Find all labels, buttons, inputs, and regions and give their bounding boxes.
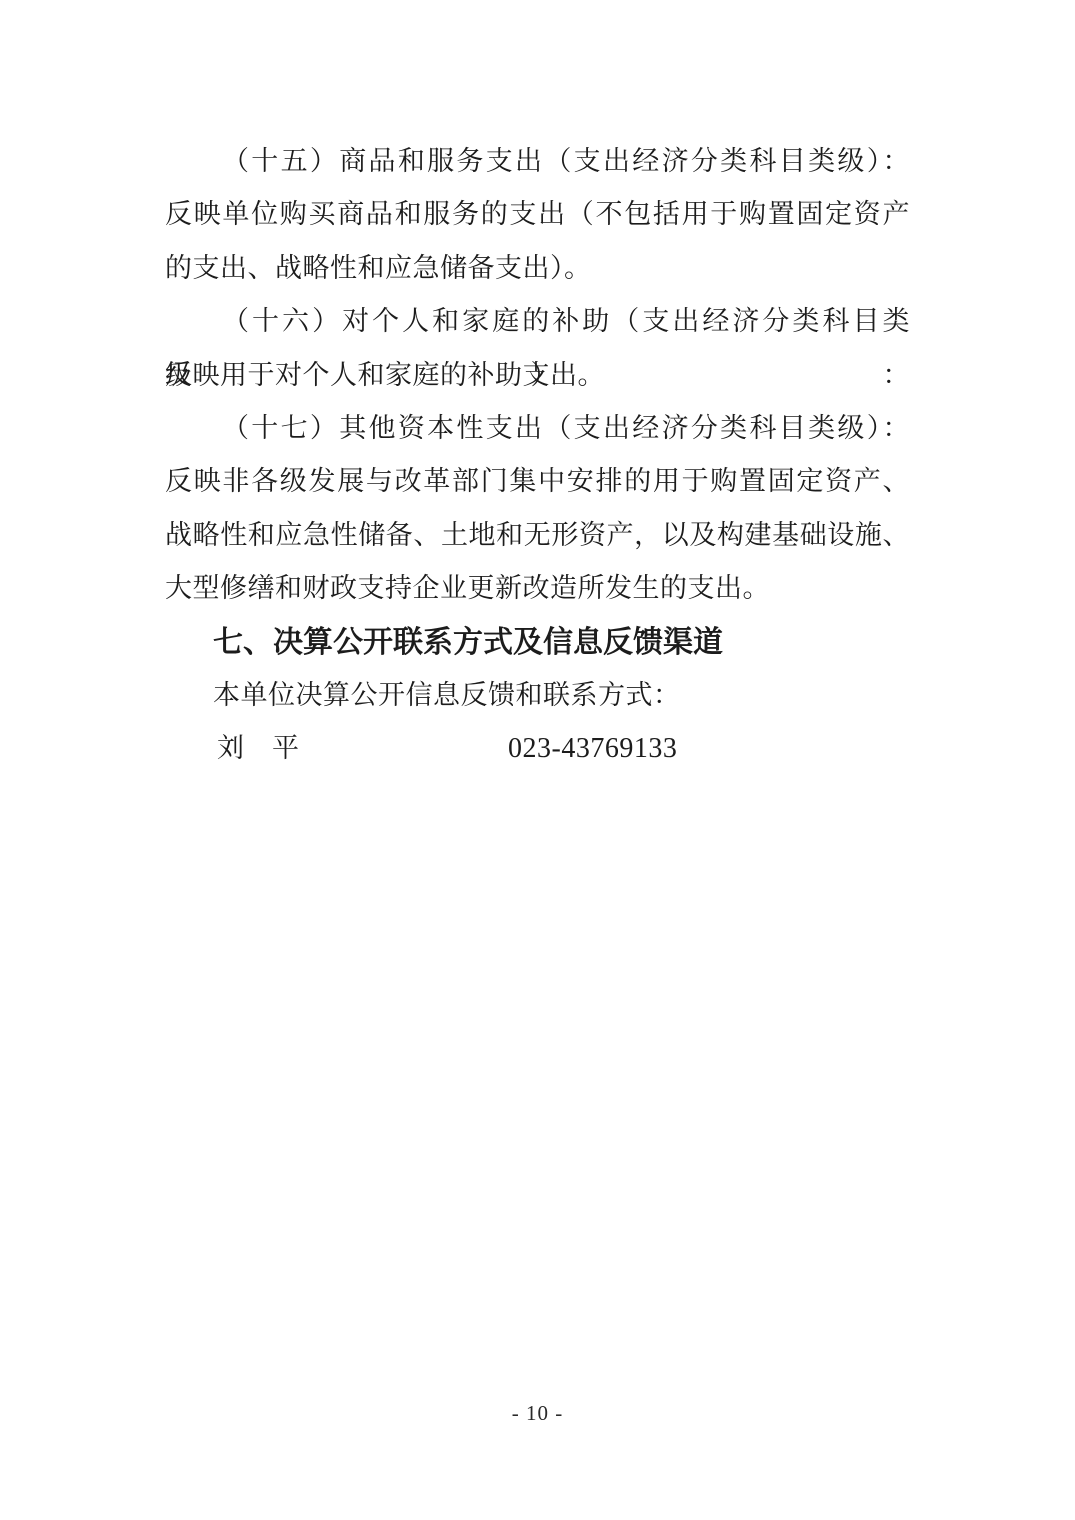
- paragraph-line: 的支出、战略性和应急储备支出）。: [165, 242, 910, 295]
- paragraph-line: （十七）其他资本性支出（支出经济分类科目类级）：: [165, 402, 910, 455]
- paragraph-line: 反映非各级发展与改革部门集中安排的用于购置固定资产、: [165, 455, 910, 508]
- paragraph-line: （十五）商品和服务支出（支出经济分类科目类级）：: [165, 135, 910, 188]
- document-page: （十五）商品和服务支出（支出经济分类科目类级）： 反映单位购买商品和服务的支出（…: [0, 0, 1075, 1520]
- contact-intro-line: 本单位决算公开信息反馈和联系方式：: [165, 669, 910, 722]
- contact-phone: 023-43769133: [508, 722, 677, 775]
- contact-name: 刘 平: [217, 733, 300, 763]
- contact-row: 刘 平 023-43769133: [165, 722, 910, 775]
- paragraph-line: 战略性和应急性储备、土地和无形资产，以及构建基础设施、: [165, 509, 910, 562]
- paragraph-line: 大型修缮和财政支持企业更新改造所发生的支出。: [165, 562, 910, 615]
- page-footer: - 10 -: [0, 1401, 1075, 1426]
- page-number: - 10 -: [512, 1401, 564, 1425]
- paragraph-line: （十六）对个人和家庭的补助（支出经济分类科目类级）：: [165, 295, 910, 348]
- section-heading: 七、决算公开联系方式及信息反馈渠道: [165, 616, 910, 669]
- document-body: （十五）商品和服务支出（支出经济分类科目类级）： 反映单位购买商品和服务的支出（…: [165, 135, 910, 776]
- paragraph-line: 反映单位购买商品和服务的支出（不包括用于购置固定资产: [165, 188, 910, 241]
